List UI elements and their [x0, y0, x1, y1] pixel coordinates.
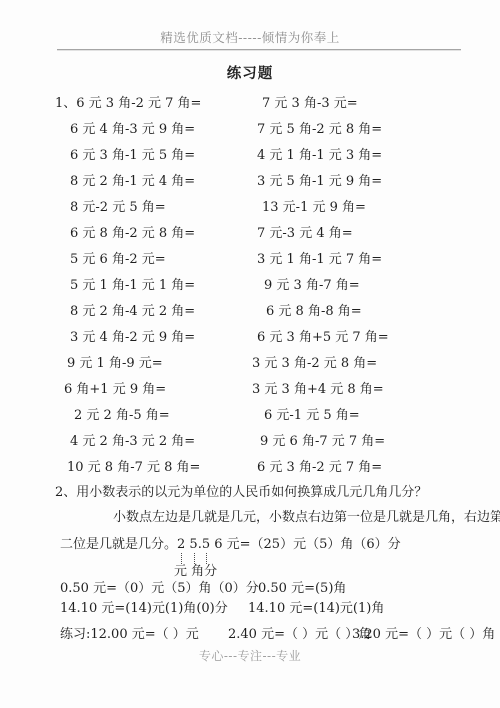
footer-note: 专心---专注---专业	[0, 648, 500, 664]
problem-left: 5 元 1 角-1 元 1 角=	[70, 273, 195, 299]
header-divider	[57, 49, 461, 50]
problem-left: 2 元 2 角-5 角=	[74, 403, 170, 429]
section2-explanation-line2-prefix: 二位是几就是几分。	[60, 537, 177, 552]
problem-right: 3 元 1 角-1 元 7 角=	[257, 247, 382, 273]
practice-item-3: 3.20 元=（ ）元（ ）角	[352, 625, 495, 644]
problem-right: 9 元 6 角-7 元 7 角=	[260, 429, 385, 455]
problem-right: 6 元 3 角-2 元 7 角=	[257, 455, 382, 481]
problem-left: 3 元 4 角-2 元 9 角=	[70, 325, 195, 351]
problem-left: 6 角+1 元 9 角=	[64, 377, 166, 403]
problem-left: 8 元-2 元 5 角=	[70, 195, 166, 221]
problem-left: 10 元 8 角-7 元 8 角=	[67, 455, 200, 481]
problem-row: 5 元 1 角-1 元 1 角= 9 元 3 角-7 角=	[0, 273, 500, 299]
page-title: 练习题	[0, 64, 500, 84]
example-right: 0.50 元=(5)角	[258, 579, 346, 598]
problem-row: 1、6 元 3 角-2 元 7 角= 7 元 3 角-3 元=	[0, 91, 500, 117]
practice-item-1: 练习:12.00 元=（ ）元	[60, 625, 199, 644]
section2-explanation-line2: 二位是几就是几分。2 5.5 6 元=（25）元（5）角（6）分	[60, 536, 401, 554]
problem-left: 6 元 4 角-3 元 9 角=	[70, 117, 195, 143]
header-note: 精选优质文档-----倾情为你奉上	[0, 30, 500, 46]
problem-right: 3 元 3 角+4 元 8 角=	[252, 377, 384, 403]
problem-right: 9 元 3 角-7 角=	[264, 273, 360, 299]
problem-row: 8 元 2 角-4 元 2 角= 6 元 8 角-8 角=	[0, 299, 500, 325]
problem-right: 4 元 1 角-1 元 3 角=	[257, 143, 382, 169]
problem-right: 3 元 3 角-2 元 8 角=	[252, 351, 377, 377]
problem-left: 6 元 8 角-2 元 8 角=	[70, 221, 195, 247]
problem-row: 5 元 6 角-2 元= 3 元 1 角-1 元 7 角=	[0, 247, 500, 273]
problem-row: 6 元 8 角-2 元 8 角= 7 元-3 元 4 角=	[0, 221, 500, 247]
problem-right: 6 元 3 角+5 元 7 角=	[257, 325, 389, 351]
annotation-units-label: 元 角分	[174, 564, 217, 579]
problem-right: 7 元 5 角-2 元 8 角=	[257, 117, 382, 143]
example-left: 14.10 元=(14)元(1)角(0)分	[60, 599, 228, 618]
problem-left: 9 元 1 角-9 元=	[67, 351, 163, 377]
section2-question: 2、用小数表示的以元为单位的人民币如何换算成几元几角几分？	[55, 484, 427, 502]
problem-row: 9 元 1 角-9 元= 3 元 3 角-2 元 8 角=	[0, 351, 500, 377]
problem-list: 1、6 元 3 角-2 元 7 角= 7 元 3 角-3 元= 6 元 4 角-…	[0, 91, 500, 481]
problem-right: 7 元-3 元 4 角=	[257, 221, 353, 247]
problem-row: 6 元 4 角-3 元 9 角= 7 元 5 角-2 元 8 角=	[0, 117, 500, 143]
problem-row: 6 角+1 元 9 角= 3 元 3 角+4 元 8 角=	[0, 377, 500, 403]
problem-left: 1、6 元 3 角-2 元 7 角=	[55, 91, 201, 117]
problem-left: 5 元 6 角-2 元=	[70, 247, 166, 273]
problem-row: 3 元 4 角-2 元 9 角= 6 元 3 角+5 元 7 角=	[0, 325, 500, 351]
example-row: 0.50 元=（0）元（5）角（0）分 0.50 元=(5)角	[0, 579, 500, 598]
problem-left: 6 元 3 角-1 元 5 角=	[70, 143, 195, 169]
annotation-dotted-line	[194, 553, 195, 564]
example-row: 14.10 元=(14)元(1)角(0)分 14.10 元=(14)元(1)角	[0, 599, 500, 618]
problem-row: 10 元 8 角-7 元 8 角= 6 元 3 角-2 元 7 角=	[0, 455, 500, 481]
section2-example-expression: 2 5.5 6 元=（25）元（5）角（6）分	[177, 537, 401, 552]
problem-right: 6 元-1 元 5 角=	[264, 403, 360, 429]
problem-left: 4 元 2 角-3 元 2 角=	[70, 429, 195, 455]
example-right: 14.10 元=(14)元(1)角	[248, 599, 384, 618]
problem-right: 6 元 8 角-8 角=	[266, 299, 362, 325]
problem-left: 8 元 2 角-1 元 4 角=	[70, 169, 195, 195]
annotation-dotted-line	[181, 553, 182, 564]
annotation-dotted-line	[206, 553, 207, 564]
problem-left: 8 元 2 角-4 元 2 角=	[70, 299, 195, 325]
problem-right: 7 元 3 角-3 元=	[262, 91, 358, 117]
practice-item-2: 2.40 元=（ ）元（ ）角	[228, 625, 371, 644]
document-page: 精选优质文档-----倾情为你奉上 练习题 1、6 元 3 角-2 元 7 角=…	[0, 0, 500, 708]
problem-row: 2 元 2 角-5 角= 6 元-1 元 5 角=	[0, 403, 500, 429]
section2-explanation-line1: 小数点左边是几就是几元，小数点右边第一位是几就是几角，右边第	[113, 509, 500, 527]
problem-row: 8 元 2 角-1 元 4 角= 3 元 5 角-1 元 9 角=	[0, 169, 500, 195]
problem-row: 4 元 2 角-3 元 2 角= 9 元 6 角-7 元 7 角=	[0, 429, 500, 455]
problem-row: 8 元-2 元 5 角= 13 元-1 元 9 角=	[0, 195, 500, 221]
practice-row: 练习:12.00 元=（ ）元 2.40 元=（ ）元（ ）角 3.20 元=（…	[0, 625, 500, 644]
problem-right: 13 元-1 元 9 角=	[262, 195, 366, 221]
problem-right: 3 元 5 角-1 元 9 角=	[257, 169, 382, 195]
example-left: 0.50 元=（0）元（5）角（0）分	[60, 579, 259, 598]
problem-row: 6 元 3 角-1 元 5 角= 4 元 1 角-1 元 3 角=	[0, 143, 500, 169]
